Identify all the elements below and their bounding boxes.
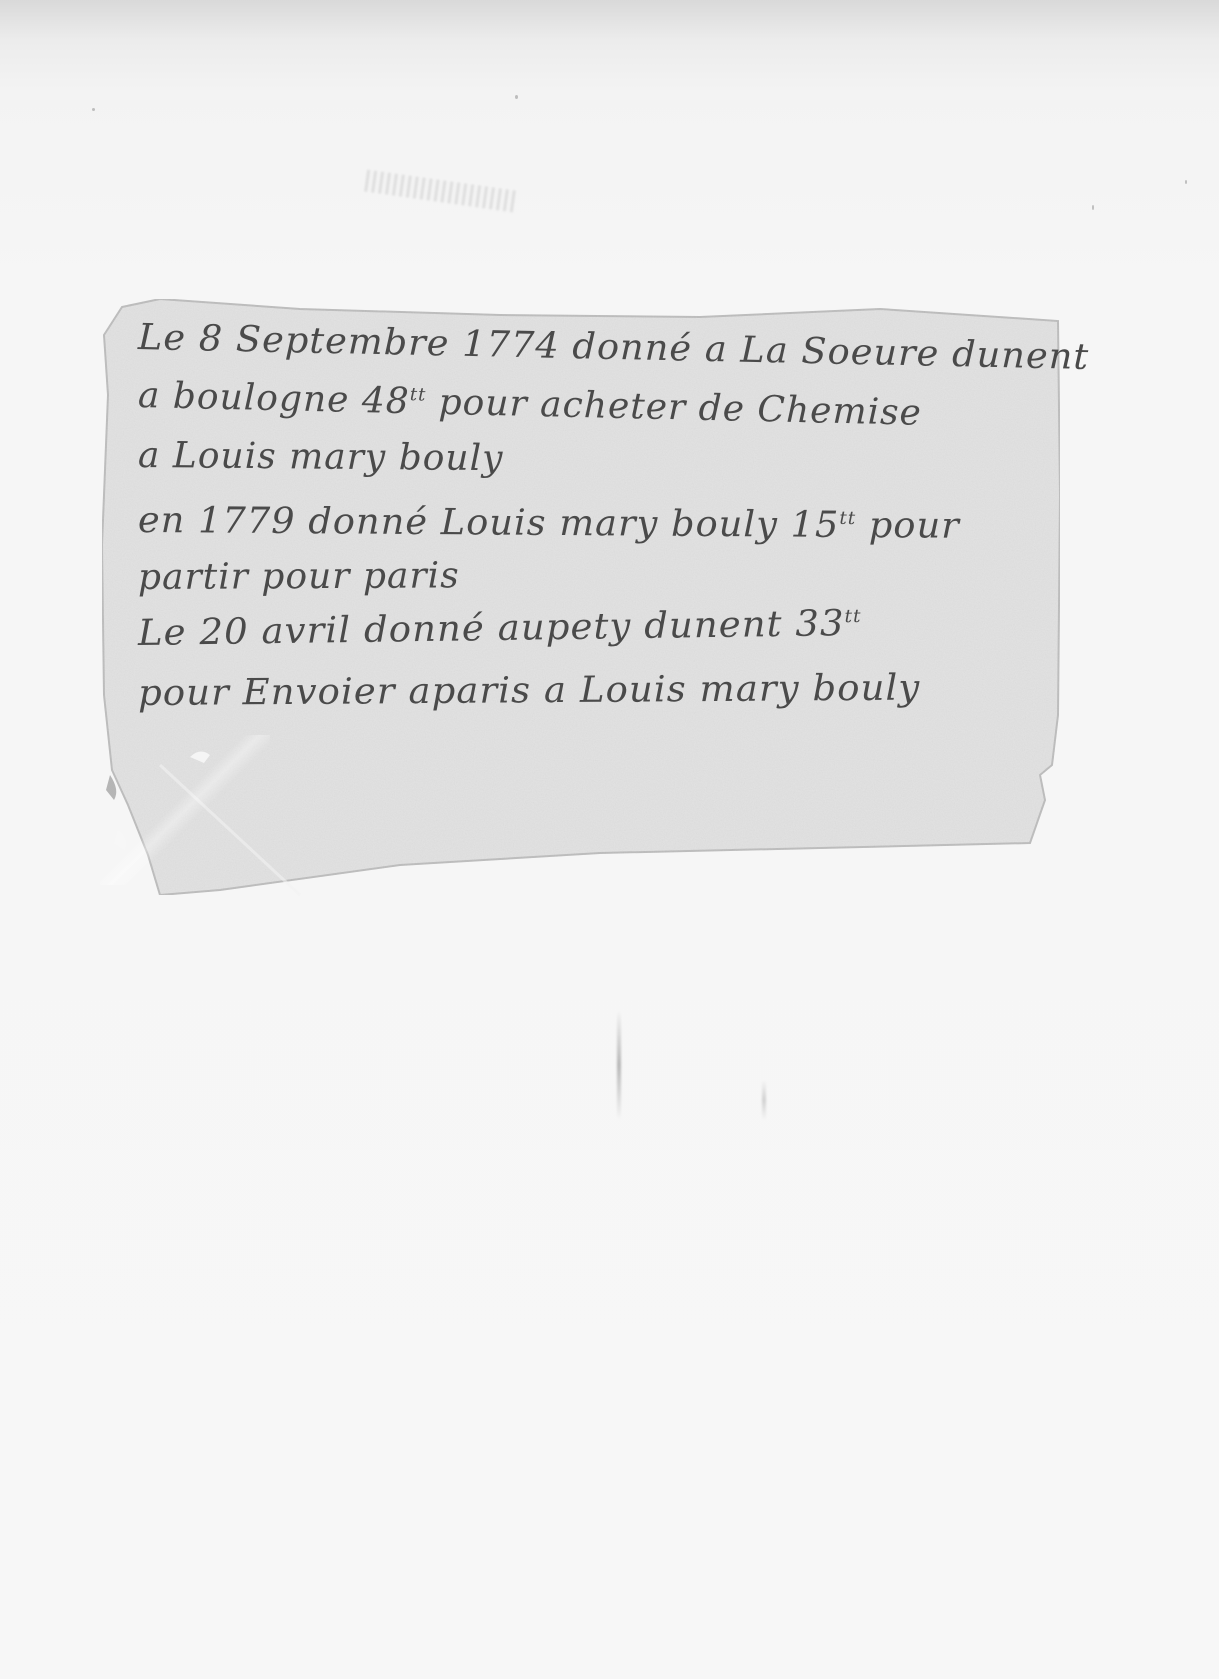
text-line-6: Le 20 avril donné aupety dunent 33tt: [138, 603, 862, 654]
text-line-1: Le 8 Septembre 1774 donné a La Soeure du…: [138, 317, 1090, 378]
text-line-5: partir pour paris: [138, 555, 460, 598]
crease-mark: [762, 1080, 766, 1120]
line-2-start: a boulogne 48: [138, 375, 411, 422]
livre-symbol: tt: [839, 508, 856, 529]
speck: [1092, 205, 1094, 210]
livre-symbol: tt: [844, 606, 861, 627]
smudge-mark: [364, 170, 516, 213]
speck: [1185, 180, 1187, 184]
crease-mark: [617, 1010, 621, 1120]
paper-scrap: Le 8 Septembre 1774 donné a La Soeure du…: [100, 295, 1065, 900]
handwritten-text: Le 8 Septembre 1774 donné a La Soeure du…: [100, 295, 1065, 900]
livre-symbol: tt: [410, 384, 427, 405]
line-4-rest: pour: [856, 505, 960, 547]
text-line-3: a Louis mary bouly: [138, 435, 504, 479]
scanned-page: Le 8 Septembre 1774 donné a La Soeure du…: [0, 0, 1219, 1679]
text-line-4: en 1779 donné Louis mary bouly 15tt pour: [138, 500, 960, 547]
text-line-7: pour Envoier aparis a Louis mary bouly: [138, 668, 921, 714]
line-6-start: Le 20 avril donné aupety dunent 33: [138, 603, 845, 654]
text-line-2: a boulogne 48tt pour acheter de Chemise: [138, 375, 923, 434]
line-2-rest: pour acheter de Chemise: [426, 382, 923, 434]
speck: [515, 95, 518, 99]
line-4-start: en 1779 donné Louis mary bouly 15: [138, 500, 840, 546]
speck: [92, 108, 95, 111]
